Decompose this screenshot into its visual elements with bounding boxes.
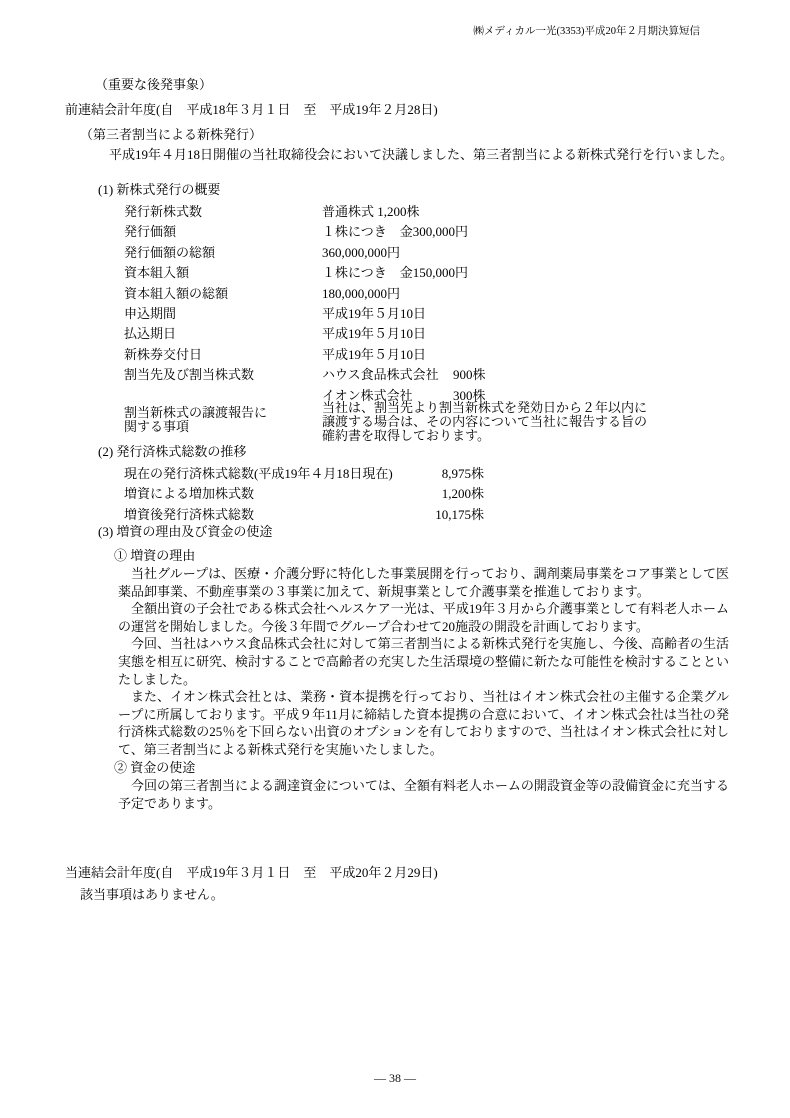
row-value: 平成19年５月10日 [322, 304, 426, 324]
use-of-funds-paragraphs: 今回の第三者割当による調達資金については、全額有料老人ホームの開設資金等の設備資… [118, 777, 729, 812]
table-row: 発行新株式数 普通株式 1,200株 [124, 202, 486, 222]
table-row: 増資による増加株式数 1,200株 [124, 484, 484, 504]
row-value: 8,975株 [442, 464, 484, 484]
row-label: 資本組入額 [124, 263, 322, 283]
row-label: 発行価額 [124, 222, 322, 242]
reason-paragraph: 今回、当社はハウス食品株式会社に対して第三者割当による新株式発行を実施し、今後、… [118, 635, 729, 688]
table-row: 増資後発行済株式総数 10,175株 [124, 505, 484, 525]
subsection-title-third-party-allotment: （第三者割当による新株発行） [80, 127, 262, 142]
row-value: 10,175株 [435, 505, 484, 525]
row-label: 増資による増加株式数 [124, 484, 442, 504]
table-row: 資本組入額の総額 180,000,000円 [124, 284, 486, 304]
heading-new-share-issue-overview: (1) 新株式発行の概要 [98, 182, 220, 197]
shares-outstanding-table: 現在の発行済株式総数(平成19年４月18日現在) 8,975株 増資による増加株… [124, 464, 484, 525]
table-row: 払込期日 平成19年５月10日 [124, 324, 486, 344]
fiscal-year-line-current: 当連結会計年度(自 平成19年３月１日 至 平成20年２月29日) [65, 865, 438, 880]
row-value: 180,000,000円 [322, 284, 400, 304]
reason-paragraph: 全額出資の子会社である株式会社ヘルスケア一光は、平成19年３月から介護事業として… [118, 600, 729, 635]
row-label: 発行新株式数 [124, 202, 322, 222]
reason-paragraphs: 当社グループは、医療・介護分野に特化した事業展開を行っており、調剤薬局事業をコア… [118, 565, 729, 759]
allottee-name: ハウス食品株式会社 [322, 365, 453, 385]
allottee-shares: 900株 [453, 365, 486, 385]
table-row: 現在の発行済株式総数(平成19年４月18日現在) 8,975株 [124, 464, 484, 484]
row-label: 増資後発行済株式総数 [124, 505, 435, 525]
use-of-funds-paragraph: 今回の第三者割当による調達資金については、全額有料老人ホームの開設資金等の設備資… [118, 777, 729, 812]
row-value: 普通株式 1,200株 [322, 202, 420, 222]
document-page: ㈱メディカル一光(3353)平成20年２月期決算短信 （重要な後発事象） 前連結… [0, 0, 790, 1118]
row-value: 当社は、割当先より割当新株式を発効日から２年以内に譲渡する場合は、その内容につい… [322, 398, 647, 442]
heading-reason-for-capital-increase: ① 増資の理由 [114, 548, 195, 563]
row-value: 平成19年５月10日 [322, 345, 426, 365]
reason-paragraph: 当社グループは、医療・介護分野に特化した事業展開を行っており、調剤薬局事業をコア… [118, 565, 729, 600]
table-row: 発行価額 １株につき 金300,000円 [124, 222, 486, 242]
row-label-column: 割当新株式の譲渡報告に関する事項 [124, 398, 322, 442]
row-label: 発行価額の総額 [124, 243, 322, 263]
table-row: 新株券交付日 平成19年５月10日 [124, 345, 486, 365]
row-value: 平成19年５月10日 [322, 324, 426, 344]
heading-shares-outstanding-change: (2) 発行済株式総数の推移 [98, 444, 246, 459]
row-label: 割当先及び割当株式数 [124, 365, 322, 385]
intro-paragraph: 平成19年４月18日開催の当社取締役会において決議しました、第三者割当による新株… [83, 146, 733, 164]
table-row: 資本組入額 １株につき 金150,000円 [124, 263, 486, 283]
row-label: 新株券交付日 [124, 345, 322, 365]
heading-use-of-funds: ② 資金の使途 [114, 760, 195, 775]
row-label: 資本組入額の総額 [124, 284, 322, 304]
page-number: ― 38 ― [0, 1071, 790, 1086]
row-value: 360,000,000円 [322, 243, 400, 263]
row-label: 申込期間 [124, 304, 322, 324]
fiscal-year-line-previous: 前連結会計年度(自 平成18年３月１日 至 平成19年２月28日) [65, 102, 438, 117]
row-label: 払込期日 [124, 324, 322, 344]
row-value: １株につき 金150,000円 [322, 263, 468, 283]
section-title-subsequent-events: （重要な後発事象） [95, 77, 212, 92]
table-row: 発行価額の総額 360,000,000円 [124, 243, 486, 263]
no-items-note: 該当事項はありません。 [80, 887, 224, 902]
row-value: １株につき 金300,000円 [322, 222, 468, 242]
table-row-allottee: 割当先及び割当株式数 ハウス食品株式会社 900株 [124, 365, 486, 385]
document-header: ㈱メディカル一光(3353)平成20年２月期決算短信 [0, 24, 700, 39]
reason-paragraph: また、イオン株式会社とは、業務・資本提携を行っており、当社はイオン株式会社の主催… [118, 688, 729, 758]
heading-reason-and-use-of-funds: (3) 増資の理由及び資金の使途 [98, 524, 272, 539]
table-row: 申込期間 平成19年５月10日 [124, 304, 486, 324]
table-row-transfer-report: 割当新株式の譲渡報告に関する事項 当社は、割当先より割当新株式を発効日から２年以… [124, 398, 647, 442]
new-share-issue-table: 発行新株式数 普通株式 1,200株 発行価額 １株につき 金300,000円 … [124, 202, 486, 406]
row-value: 1,200株 [442, 484, 484, 504]
row-label: 現在の発行済株式総数(平成19年４月18日現在) [124, 464, 442, 484]
row-label: 割当新株式の譲渡報告に関する事項 [124, 406, 274, 433]
